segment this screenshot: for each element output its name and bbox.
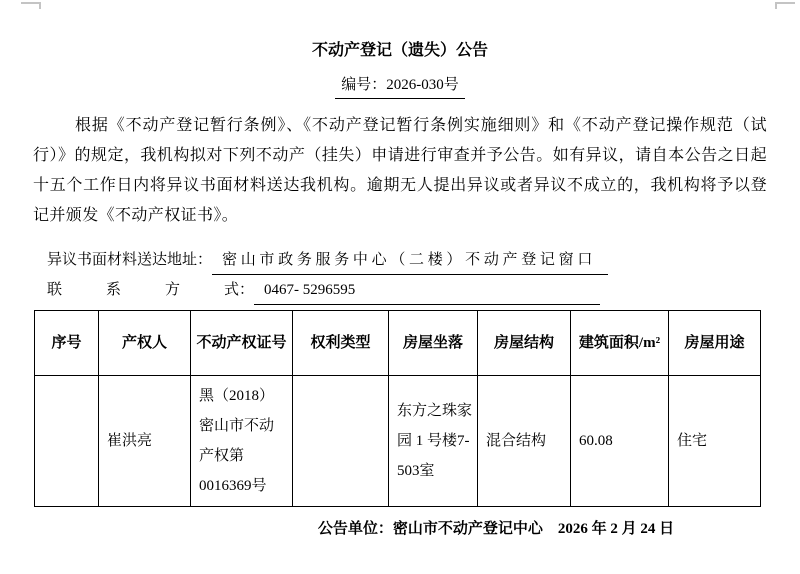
announcement-page: 不动产登记（遗失）公告 编号：2026-030号 根据《不动产登记暂行条例》、《… bbox=[0, 0, 800, 574]
cell-seq bbox=[35, 376, 99, 507]
contact-line: 联系方式：0467- 5296595 bbox=[47, 275, 800, 305]
table-header-right-type: 权利类型 bbox=[293, 311, 389, 376]
table-header-location: 房屋坐落 bbox=[389, 311, 478, 376]
cell-area: 60.08 bbox=[571, 376, 669, 507]
page-corner-mark-right bbox=[775, 2, 795, 9]
table-header-row: 序号 产权人 不动产权证号 权利类型 房屋坐落 房屋结构 建筑面积/m² 房屋用… bbox=[35, 311, 761, 376]
table-header-seq: 序号 bbox=[35, 311, 99, 376]
table-header-area: 建筑面积/m² bbox=[571, 311, 669, 376]
table-row: 崔洪亮 黑（2018）密山市不动产权第0016369号 东方之珠家园 1 号楼7… bbox=[35, 376, 761, 507]
contact-phone: 0467- 5296595 bbox=[254, 277, 600, 305]
cell-usage: 住宅 bbox=[669, 376, 761, 507]
table-header-structure: 房屋结构 bbox=[478, 311, 571, 376]
cell-owner: 崔洪亮 bbox=[99, 376, 191, 507]
contact-label: 联系方式 bbox=[47, 275, 239, 305]
cell-structure: 混合结构 bbox=[478, 376, 571, 507]
contact-colon: ： bbox=[239, 282, 254, 298]
table-header-owner: 产权人 bbox=[99, 311, 191, 376]
cell-cert-no: 黑（2018）密山市不动产权第0016369号 bbox=[191, 376, 293, 507]
address-label: 异议书面材料送达地址： bbox=[47, 252, 212, 268]
doc-number: 编号：2026-030号 bbox=[335, 75, 465, 99]
body-paragraph: 根据《不动产登记暂行条例》、《不动产登记暂行条例实施细则》和《不动产登记操作规范… bbox=[33, 111, 767, 231]
page-corner-mark-left bbox=[21, 2, 41, 9]
table-header-usage: 房屋用途 bbox=[669, 311, 761, 376]
address-value: 密山市政务服务中心（二楼）不动产登记窗口 bbox=[212, 247, 608, 275]
address-line: 异议书面材料送达地址：密山市政务服务中心（二楼）不动产登记窗口 bbox=[47, 245, 800, 275]
doc-number-line: 编号：2026-030号 bbox=[0, 75, 800, 99]
cell-location: 东方之珠家园 1 号楼7-503室 bbox=[389, 376, 478, 507]
footer-line: 公告单位：密山市不动产登记中心 2026 年 2 月 24 日 bbox=[0, 519, 800, 539]
cell-right-type bbox=[293, 376, 389, 507]
announcement-table: 序号 产权人 不动产权证号 权利类型 房屋坐落 房屋结构 建筑面积/m² 房屋用… bbox=[34, 310, 761, 507]
page-title: 不动产登记（遗失）公告 bbox=[0, 0, 800, 62]
table-header-cert-no: 不动产权证号 bbox=[191, 311, 293, 376]
